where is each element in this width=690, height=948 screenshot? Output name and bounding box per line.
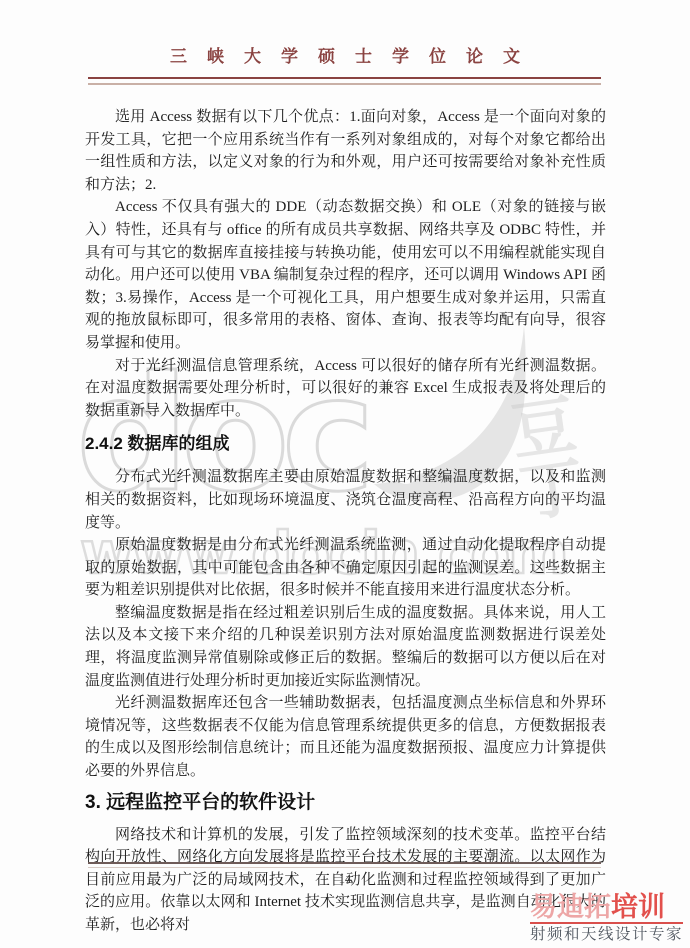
page-header: 三峡大学硕士学位论文 <box>0 42 690 67</box>
brand-logo-light-text: 易迪拓 <box>530 892 611 922</box>
chapter-heading-3: 3. 远程监控平台的软件设计 <box>85 790 606 816</box>
thesis-header-title: 三峡大学硕士学位论文 <box>150 42 540 67</box>
paragraph-access-advantages: 选用 Access 数据有以下几个优点：1.面向对象，Access 是一个面向对… <box>85 106 606 196</box>
paragraph-database-composition: 分布式光纤测温数据库主要由原始温度数据和整编温度数据，以及和监测相关的数据资料，… <box>85 466 606 534</box>
brand-tagline: 射频和天线设计专家 <box>530 926 683 944</box>
header-divider <box>88 77 601 85</box>
section-heading-2-4-2: 2.4.2 数据库的组成 <box>85 432 606 456</box>
paragraph-compiled-temperature-data: 整编温度数据是指在经过粗差识别后生成的温度数据。具体来说，用人工法以及本文接下来… <box>85 602 606 692</box>
paragraph-access-dde-ole: Access 不仅具有强大的 DDE（动态数据交换）和 OLE（对象的链接与嵌入… <box>85 196 606 354</box>
paragraph-raw-temperature-data: 原始温度数据是由分布式光纤测温系统监测，通过自动化提取程序自动提取的原始数据，其… <box>85 534 606 602</box>
brand-logo-dark-text: 培训 <box>611 892 665 922</box>
paragraph-auxiliary-tables: 光纤测温数据库还包含一些辅助数据表，包括温度测点坐标信息和外界环境情况等，这些数… <box>85 692 606 782</box>
page-number: 14 <box>0 872 690 887</box>
yiditop-brand-mark: 易迪拓培训 射频和天线设计专家 <box>530 893 683 944</box>
footer-divider <box>88 862 601 868</box>
paragraph-access-storage: 对于光纤测温信息管理系统，Access 可以很好的储存所有光纤测温数据。在对温度… <box>85 355 606 423</box>
brand-logo: 易迪拓培训 <box>530 893 683 924</box>
document-body: 选用 Access 数据有以下几个优点：1.面向对象，Access 是一个面向对… <box>85 106 606 937</box>
